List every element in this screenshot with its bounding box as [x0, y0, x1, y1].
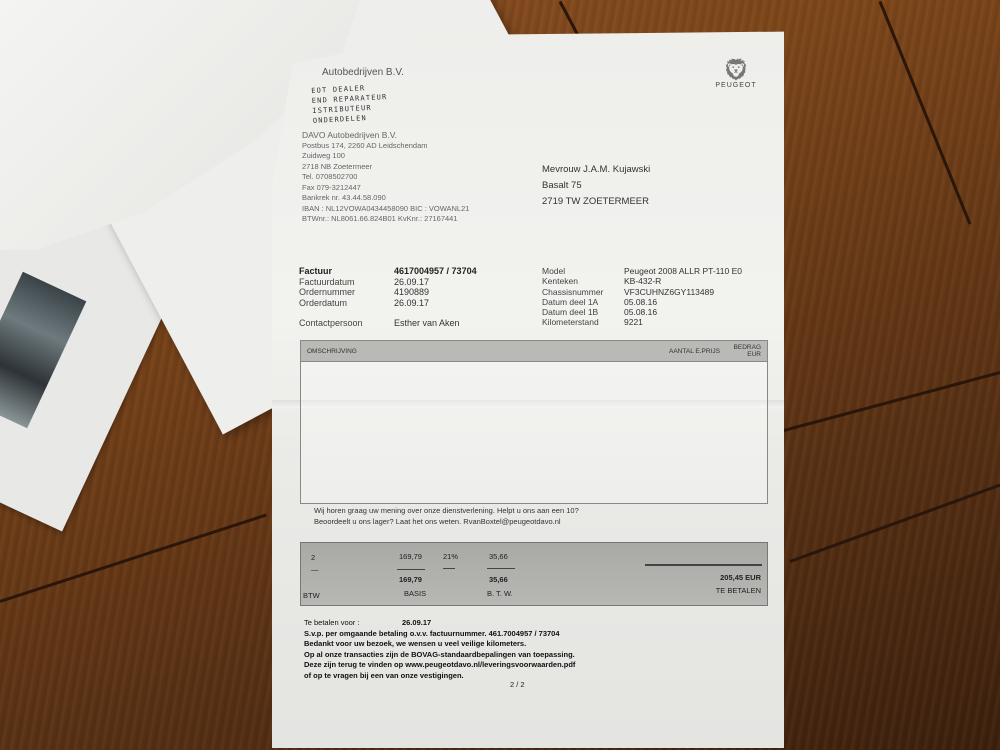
- invoice-meta: Factuur 4617004957 / 73704 Factuurdatum …: [299, 266, 477, 329]
- vat-rate: 21%: [443, 552, 458, 561]
- company-name: Autobedrijven B.V.: [322, 67, 404, 78]
- peugeot-logo: 🦁︎ PEUGEOT: [706, 58, 766, 89]
- meta-order-date: Orderdatum 26.09.17: [299, 298, 477, 309]
- dealer-lines: EOT DEALER END REPARATEUR ISTRIBUTEUR ON…: [311, 82, 389, 126]
- company-address: DAVO Autobedrijven B.V. Postbus 174, 226…: [302, 130, 469, 225]
- payment-instructions: Te betalen voor : 26.09.17 S.v.p. per om…: [304, 618, 575, 681]
- peugeot-lion-icon: 🦁︎: [706, 58, 766, 82]
- vat-amount-total: 35,66: [489, 575, 508, 584]
- vat-summary: 2 — 169,79 21% 35,66 169,79 35,66 205,45…: [300, 542, 768, 606]
- col-quantity-price: AANTAL E.PRIJS: [669, 348, 721, 355]
- meta-invoice-date: Factuurdatum 26.09.17: [299, 277, 477, 288]
- vat-base: 169,79: [399, 552, 422, 561]
- label-btw: BTW: [303, 591, 320, 600]
- divider: [487, 568, 515, 569]
- label-basis: BASIS: [404, 589, 426, 598]
- label-vat: B. T. W.: [487, 589, 513, 598]
- col-amount: BEDRAG EUR: [721, 344, 761, 358]
- divider: [397, 569, 425, 570]
- divider: [443, 568, 455, 569]
- line-items-table: OMSCHRIJVING AANTAL E.PRIJS BEDRAG EUR: [300, 340, 768, 504]
- meta-contact-person: Contactpersoon Esther van Aken: [299, 318, 477, 329]
- vehicle-meta: Model Peugeot 2008 ALLR PT-110 E0 Kentek…: [542, 266, 742, 328]
- col-description: OMSCHRIJVING: [307, 348, 669, 355]
- invoice-document: Autobedrijven B.V. EOT DEALER END REPARA…: [272, 28, 784, 748]
- label-total: TE BETALEN: [716, 586, 761, 595]
- vat-amount: 35,66: [489, 552, 508, 561]
- divider: [645, 564, 762, 566]
- meta-invoice-number: Factuur 4617004957 / 73704: [299, 266, 477, 277]
- meta-date-1a: Datum deel 1A 05.08.16: [542, 297, 742, 307]
- feedback-note: Wij horen graag uw mening over onze dien…: [314, 505, 579, 527]
- meta-license-plate: Kenteken KB-432-R: [542, 276, 742, 286]
- due-date: 26.09.17: [402, 618, 431, 629]
- meta-mileage: Kilometerstand 9221: [542, 317, 742, 327]
- recipient-address: Mevrouw J.A.M. Kujawski Basalt 75 2719 T…: [542, 162, 650, 210]
- vat-code-dash: —: [311, 565, 319, 574]
- page-number: 2 / 2: [510, 680, 525, 689]
- vat-base-total: 169,79: [399, 575, 422, 584]
- meta-order-number: Ordernummer 4190889: [299, 287, 477, 298]
- meta-model: Model Peugeot 2008 ALLR PT-110 E0: [542, 266, 742, 276]
- meta-chassis-number: Chassisnummer VF3CUHNZ6GY113489: [542, 287, 742, 297]
- table-header: OMSCHRIJVING AANTAL E.PRIJS BEDRAG EUR: [301, 341, 767, 362]
- grand-total: 205,45 EUR: [720, 573, 761, 582]
- vat-code: 2: [311, 553, 315, 562]
- meta-date-1b: Datum deel 1B 05.08.16: [542, 307, 742, 317]
- due-date-row: Te betalen voor : 26.09.17: [304, 618, 575, 629]
